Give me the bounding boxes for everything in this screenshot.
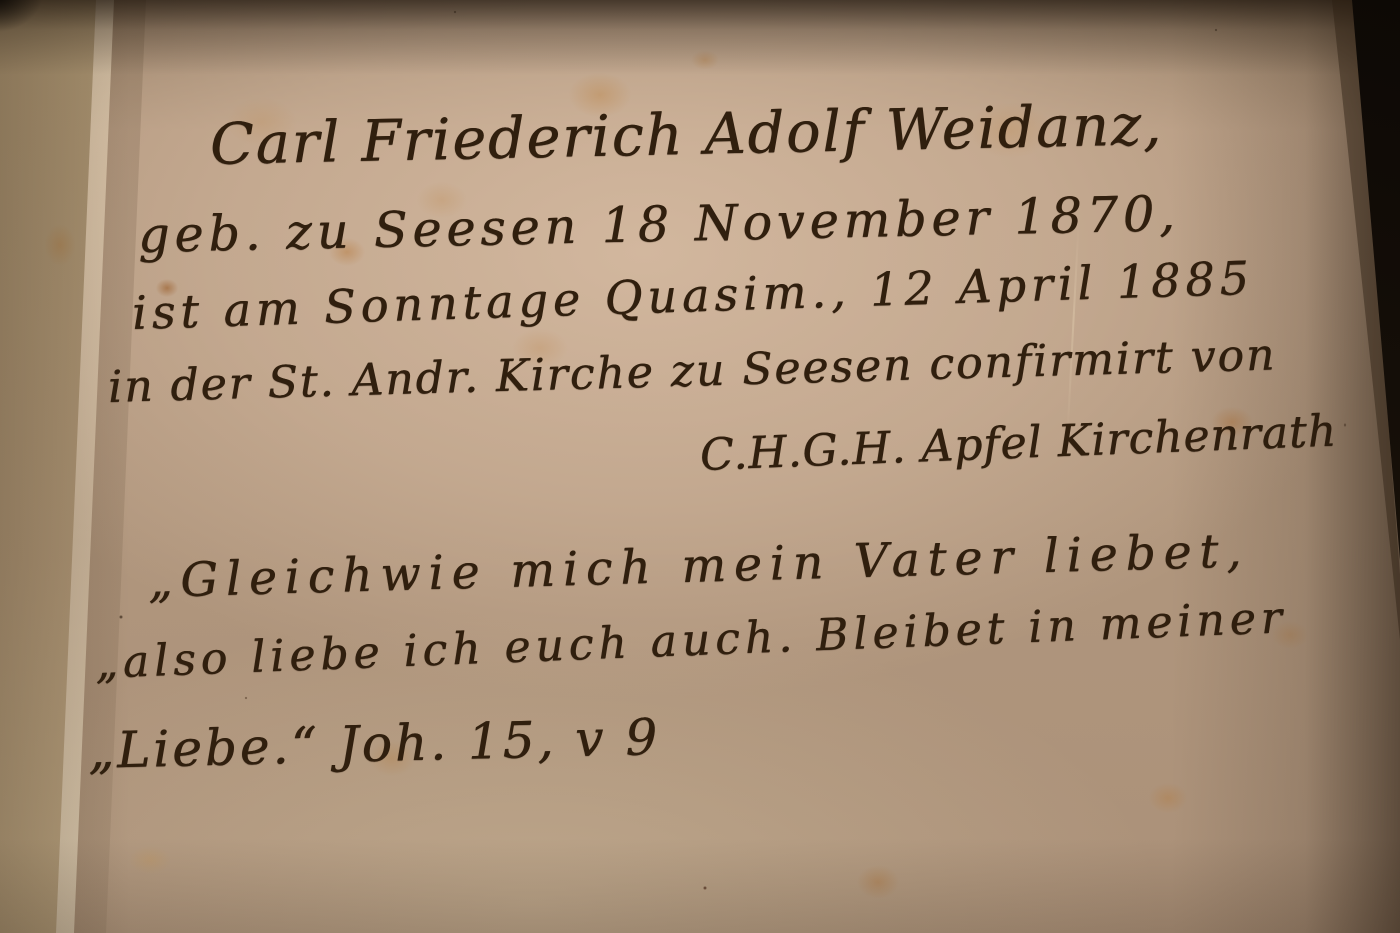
photograph: Carl Friederich Adolf Weidanz, geb. zu S… [0,0,1400,933]
